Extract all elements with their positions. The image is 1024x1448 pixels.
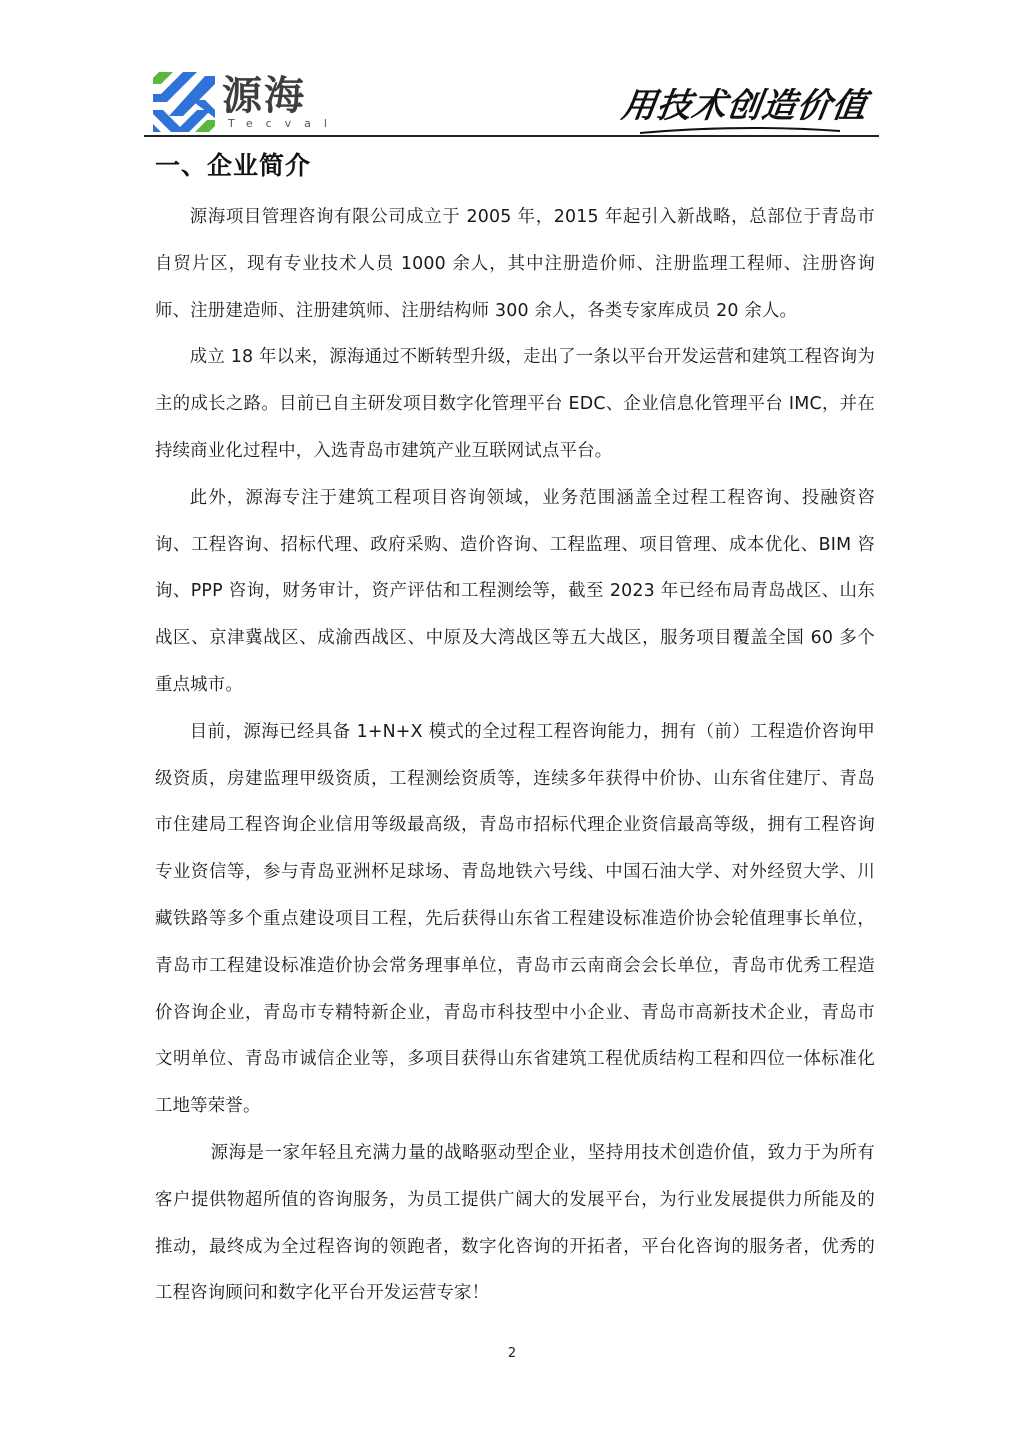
paragraph-development-path: 成立 18 年以来，源海通过不断转型升级，走出了一条以平台开发运营和建筑工程咨询… bbox=[155, 334, 875, 474]
page-header: 源海 Tecval 用技术创造价值 bbox=[0, 0, 1024, 140]
section-title: 一、企业简介 bbox=[155, 148, 875, 184]
page-number: 2 bbox=[0, 1346, 1024, 1361]
paragraph-business-scope: 此外，源海专注于建筑工程项目咨询领域，业务范围涵盖全过程工程咨询、投融资咨询、工… bbox=[155, 475, 875, 709]
brand-name-en: Tecval bbox=[228, 118, 340, 130]
document-body: 一、企业简介 源海项目管理咨询有限公司成立于 2005 年，2015 年起引入新… bbox=[155, 148, 875, 1317]
paragraph-mission: 源海是一家年轻且充满力量的战略驱动型企业，坚持用技术创造价值，致力于为所有客户提… bbox=[155, 1130, 875, 1317]
slogan-underline-swoosh bbox=[640, 126, 840, 134]
brand-name-cn: 源海 bbox=[222, 74, 306, 118]
paragraph-company-overview: 源海项目管理咨询有限公司成立于 2005 年，2015 年起引入新战略，总部位于… bbox=[155, 194, 875, 334]
slogan: 用技术创造价值 bbox=[619, 86, 870, 126]
paragraph-qualifications-honors: 目前，源海已经具备 1+N+X 模式的全过程工程咨询能力，拥有（前）工程造价咨询… bbox=[155, 709, 875, 1130]
tecval-logo-icon bbox=[153, 72, 215, 132]
header-divider bbox=[144, 135, 879, 137]
